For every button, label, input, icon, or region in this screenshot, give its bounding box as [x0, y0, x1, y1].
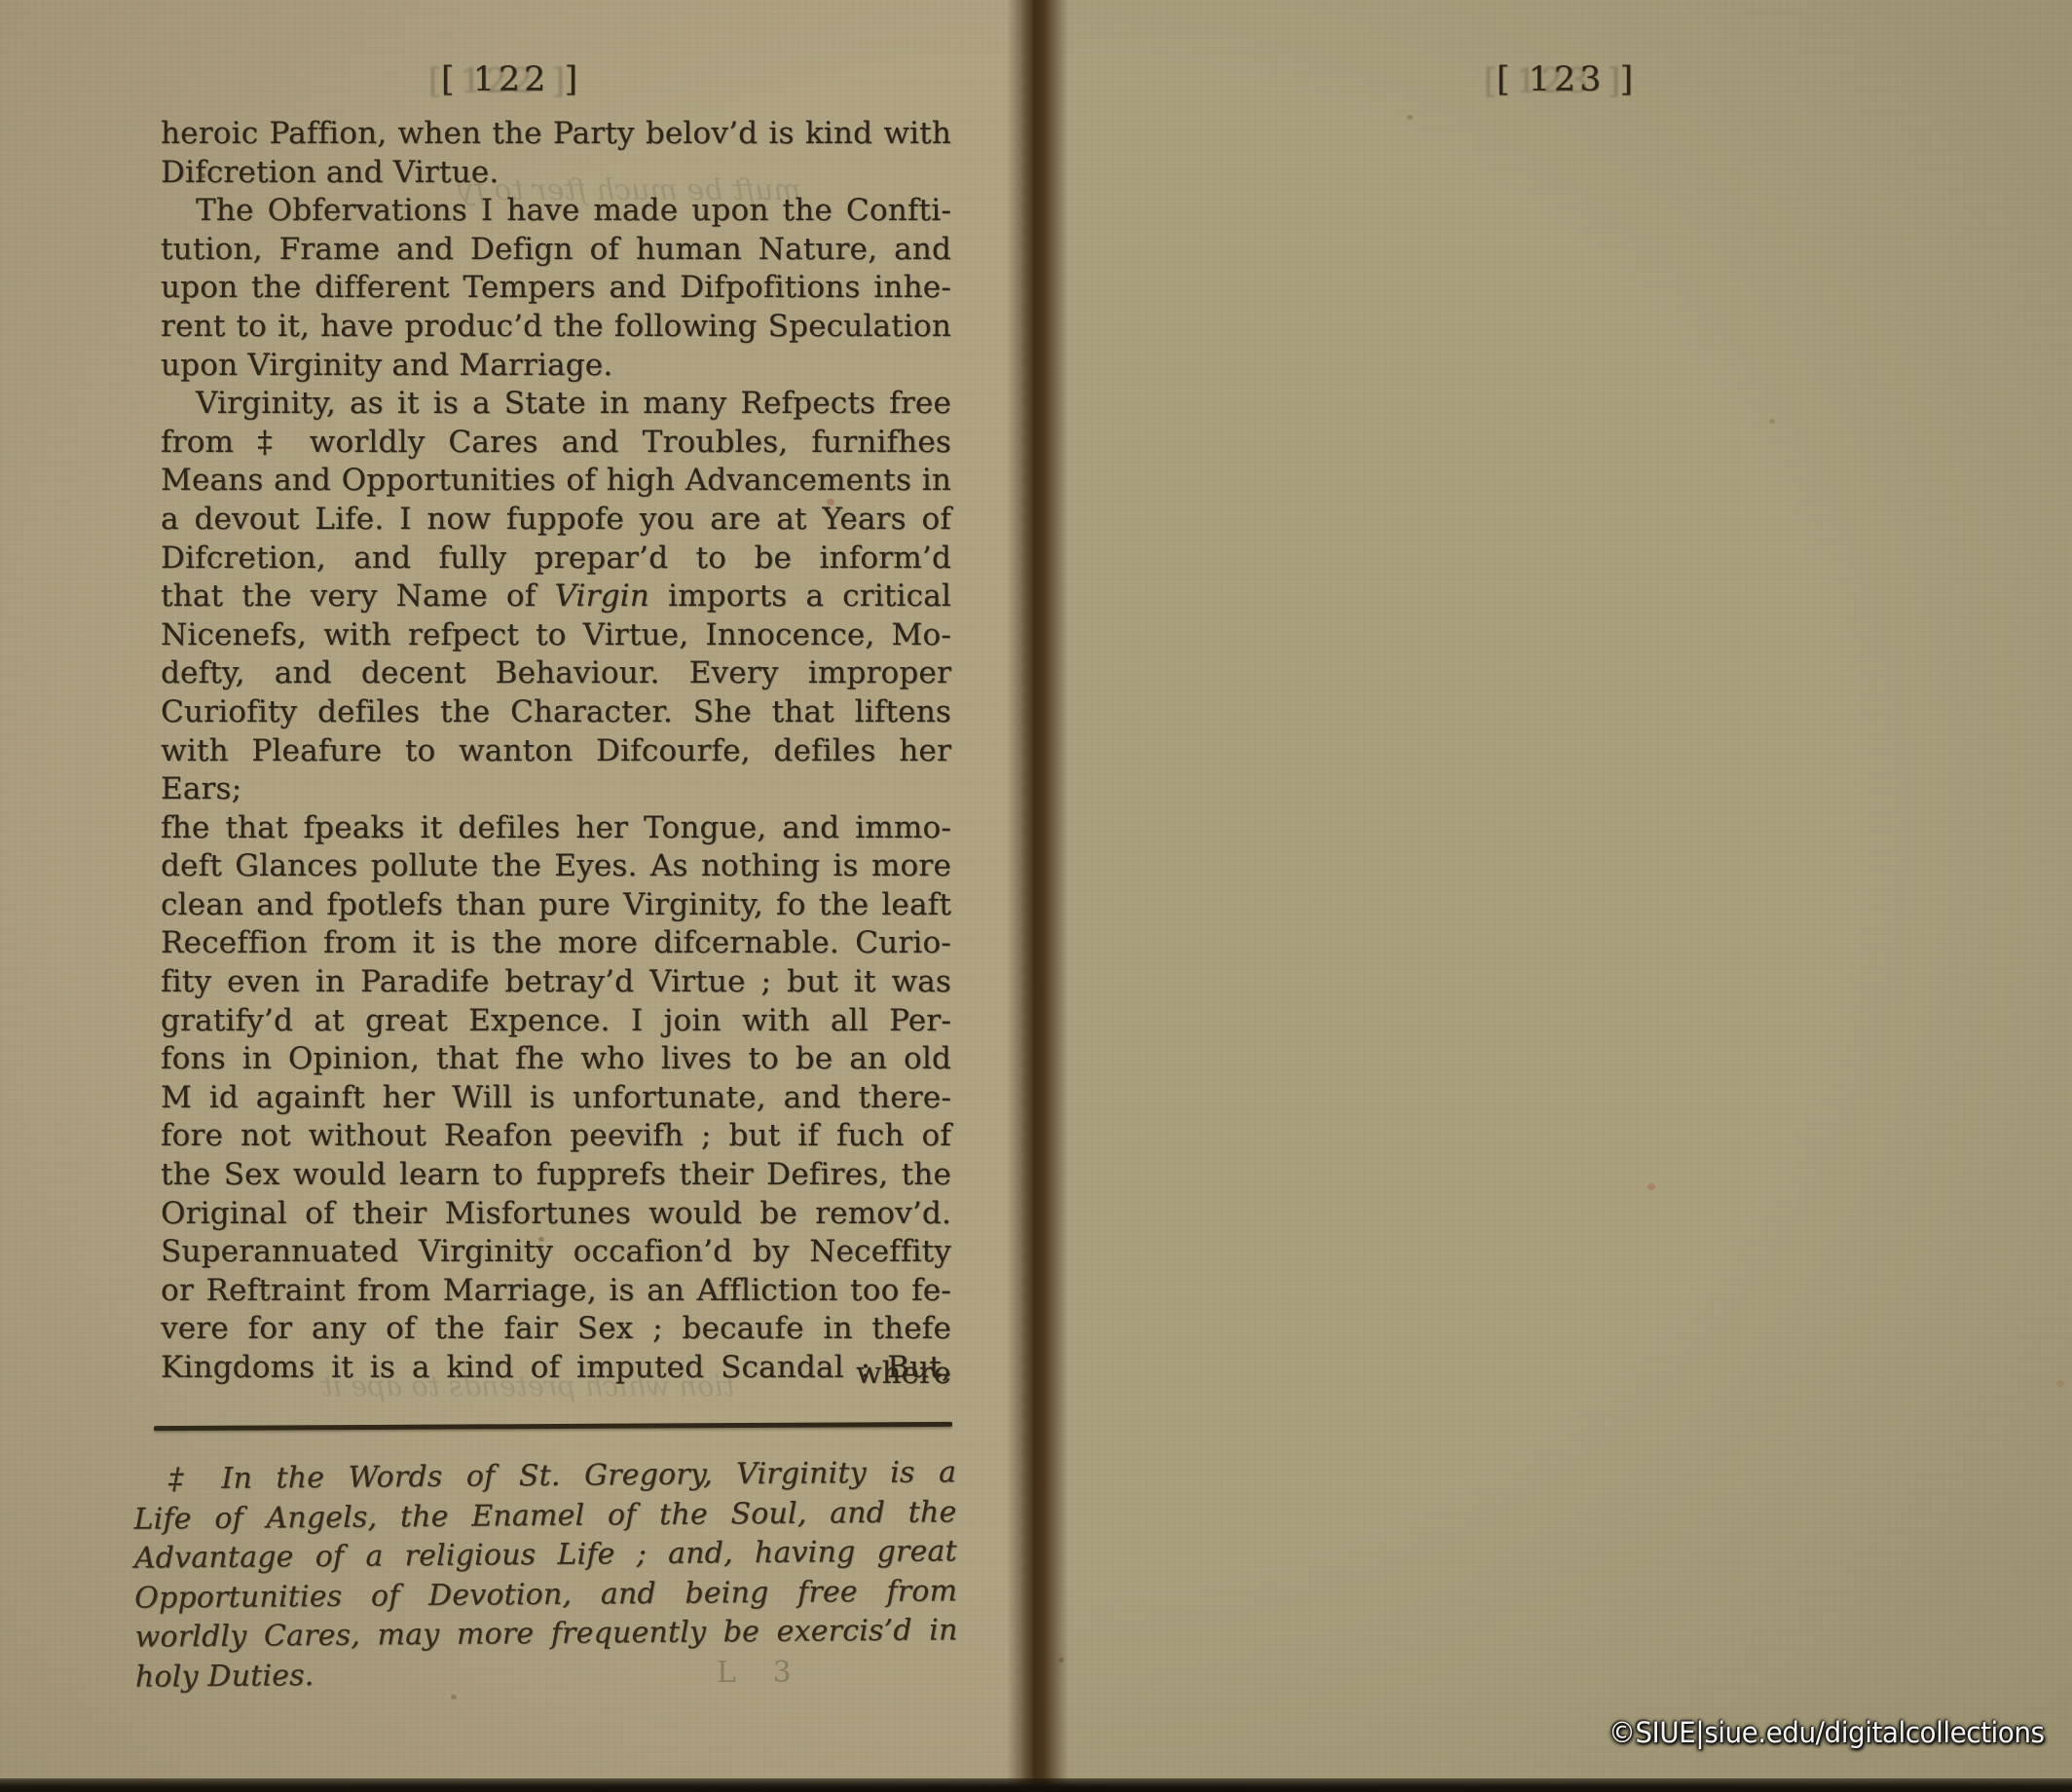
paper-speck [200, 173, 205, 178]
text-line: rent to it, have produc’d the following … [161, 308, 951, 347]
left-page-number: [ 122 ] [0, 60, 1022, 99]
text-line: the Sex would learn to fupprefs their De… [161, 1156, 951, 1195]
text-line: Difcretion and Virtue. [161, 154, 951, 193]
text-line: Means and Opportunities of high Advancem… [161, 462, 951, 501]
text-line: vere for any of the fair Sex ; becaufe i… [161, 1310, 951, 1349]
text-line: defty, and decent Behaviour. Every impro… [161, 654, 951, 693]
text-line: M id againft her Will is unfortunate, an… [161, 1079, 951, 1118]
text-line: heroic Paffion, when the Party belov’d i… [161, 115, 951, 154]
text-line: Receffion from it is the more difcernabl… [161, 924, 951, 963]
text-line: tution, Frame and Defign of human Nature… [161, 231, 951, 270]
text-line: Original of their Misfortunes would be r… [161, 1195, 951, 1234]
catchword: where [161, 1356, 951, 1391]
text-line: Difcretion, and fully prepar’d to be inf… [161, 540, 951, 579]
text-line: upon Virginity and Marriage. [161, 347, 951, 386]
text-line: gratify’d at great Expence. I join with … [161, 1002, 951, 1041]
text-line: upon the different Tempers and Difpofiti… [161, 269, 951, 308]
book-scan: [ 122 ] muft be much fter to fy heroic P… [0, 0, 2072, 1792]
scan-bottom-edge [0, 1778, 2072, 1792]
text-line: worldly Cares, may more frequently be ex… [134, 1611, 957, 1658]
text-line: a devout Life. I now fuppofe you are at … [161, 501, 951, 540]
text-line: holy Duties. [135, 1651, 958, 1698]
signature-mark: L 3 [717, 1656, 805, 1690]
digital-collection-watermark: ©SIUE|siue.edu/digitalcollections [1609, 1716, 2045, 1749]
text-line: with Pleafure to wanton Difcourfe, defil… [161, 732, 951, 809]
left-page: [ 122 ] muft be much fter to fy heroic P… [0, 0, 1022, 1780]
text-line: fore not without Reafon peevifh ; but if… [161, 1117, 951, 1156]
left-page-text: heroic Paffion, when the Party belov’d i… [161, 115, 951, 1388]
text-line: Virginity, as it is a State in many Refp… [161, 385, 951, 424]
text-line: Advantage of a religious Life ; and, hav… [134, 1532, 957, 1579]
left-footnote: ‡ In the Words of St. Gregory, Virginity… [133, 1453, 958, 1697]
footnote-rule [154, 1422, 952, 1431]
right-page-number: [ 123 ] [1061, 60, 2072, 99]
text-line: that the very Name of Virgin imports a c… [161, 578, 951, 616]
text-line: clean and fpotlefs than pure Virginity, … [161, 886, 951, 925]
text-line: or Reftraint from Marriage, is an Afflic… [161, 1272, 951, 1311]
text-line: deft Glances pollute the Eyes. As nothin… [161, 847, 951, 886]
text-line: The Obfervations I have made upon the Co… [161, 192, 951, 231]
text-line: Superannuated Virginity occafion’d by Ne… [161, 1233, 951, 1272]
page-gutter-shadow [1007, 0, 1069, 1792]
text-line: ‡ In the Words of St. Gregory, Virginity… [133, 1453, 956, 1500]
right-page: [ 123 ] where this State refults from a … [1061, 0, 2072, 1780]
text-line: fity even in Paradife betray’d Virtue ; … [161, 963, 951, 1002]
text-line: from ‡ worldly Cares and Troubles, furni… [161, 424, 951, 463]
text-line: fons in Opinion, that fhe who lives to b… [161, 1040, 951, 1079]
text-line: Curiofity defiles the Character. She tha… [161, 693, 951, 732]
text-line: fhe that fpeaks it defiles her Tongue, a… [161, 809, 951, 848]
text-line: Nicenefs, with refpect to Virtue, Innoce… [161, 616, 951, 655]
